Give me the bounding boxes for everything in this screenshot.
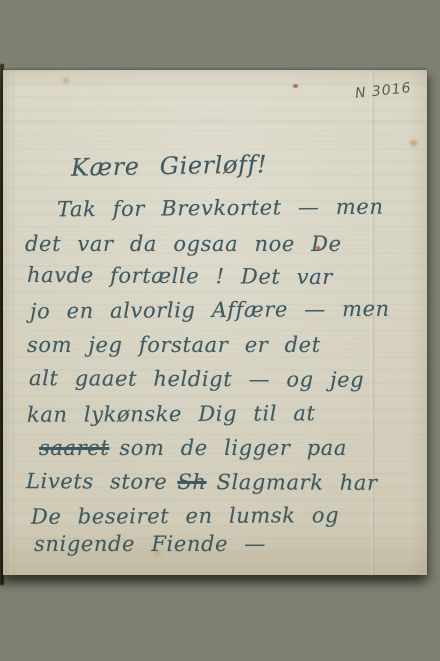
line-text: det var da ogsaa noe De [25,232,342,256]
letter-line: som jeg forstaar er det [27,333,321,357]
line-text: som jeg forstaar er det [27,333,321,357]
greeting-line: Kære Gierløff! [71,150,268,181]
line-text: jo en alvorlig Affære — men [30,297,390,324]
line-text: Livets store [26,469,167,494]
line-text: havde fortælle ! Det var [27,263,333,289]
letter-paper: N 3016 Kære Gierløff! Tak for Brevkortet… [3,70,427,575]
line-text: Tak for Brevkortet — men [57,195,384,222]
letter-line: alt gaaet heldigt — og jeg [29,366,364,392]
struck-word: Sh [177,470,206,494]
photo-background: N 3016 Kære Gierløff! Tak for Brevkortet… [0,0,440,661]
fold-crease-vertical [371,70,374,575]
foxing-stain [63,78,69,83]
line-text: Slagmark har [216,470,377,495]
struck-word: saaret [39,436,109,460]
letter-line: kan lykønske Dig til at [27,401,316,427]
foxing-stain [293,84,298,88]
letter-line: De beseiret en lumsk og [31,503,339,529]
line-text: De beseiret en lumsk og [31,503,339,529]
fold-crease-vertical [11,70,14,575]
line-text: alt gaaet heldigt — og jeg [29,366,364,392]
letter-line: saaretsom de ligger paa [29,436,347,460]
letter-line: Tak for Brevkortet — men [57,195,384,222]
letter-line: havde fortælle ! Det var [27,263,333,289]
letter-line: snigende Fiende — [34,532,266,556]
foxing-stain [410,140,417,146]
fold-crease-horizontal [3,118,427,121]
line-text: som de ligger paa [119,436,347,460]
line-text: snigende Fiende — [34,532,266,556]
letter-line: det var da ogsaa noe De [25,232,342,256]
letter-line: Livets storeShSlagmark har [26,469,378,495]
line-text: kan lykønske Dig til at [27,401,316,427]
archive-number: N 3016 [354,80,412,102]
letter-line: jo en alvorlig Affære — men [30,297,390,324]
